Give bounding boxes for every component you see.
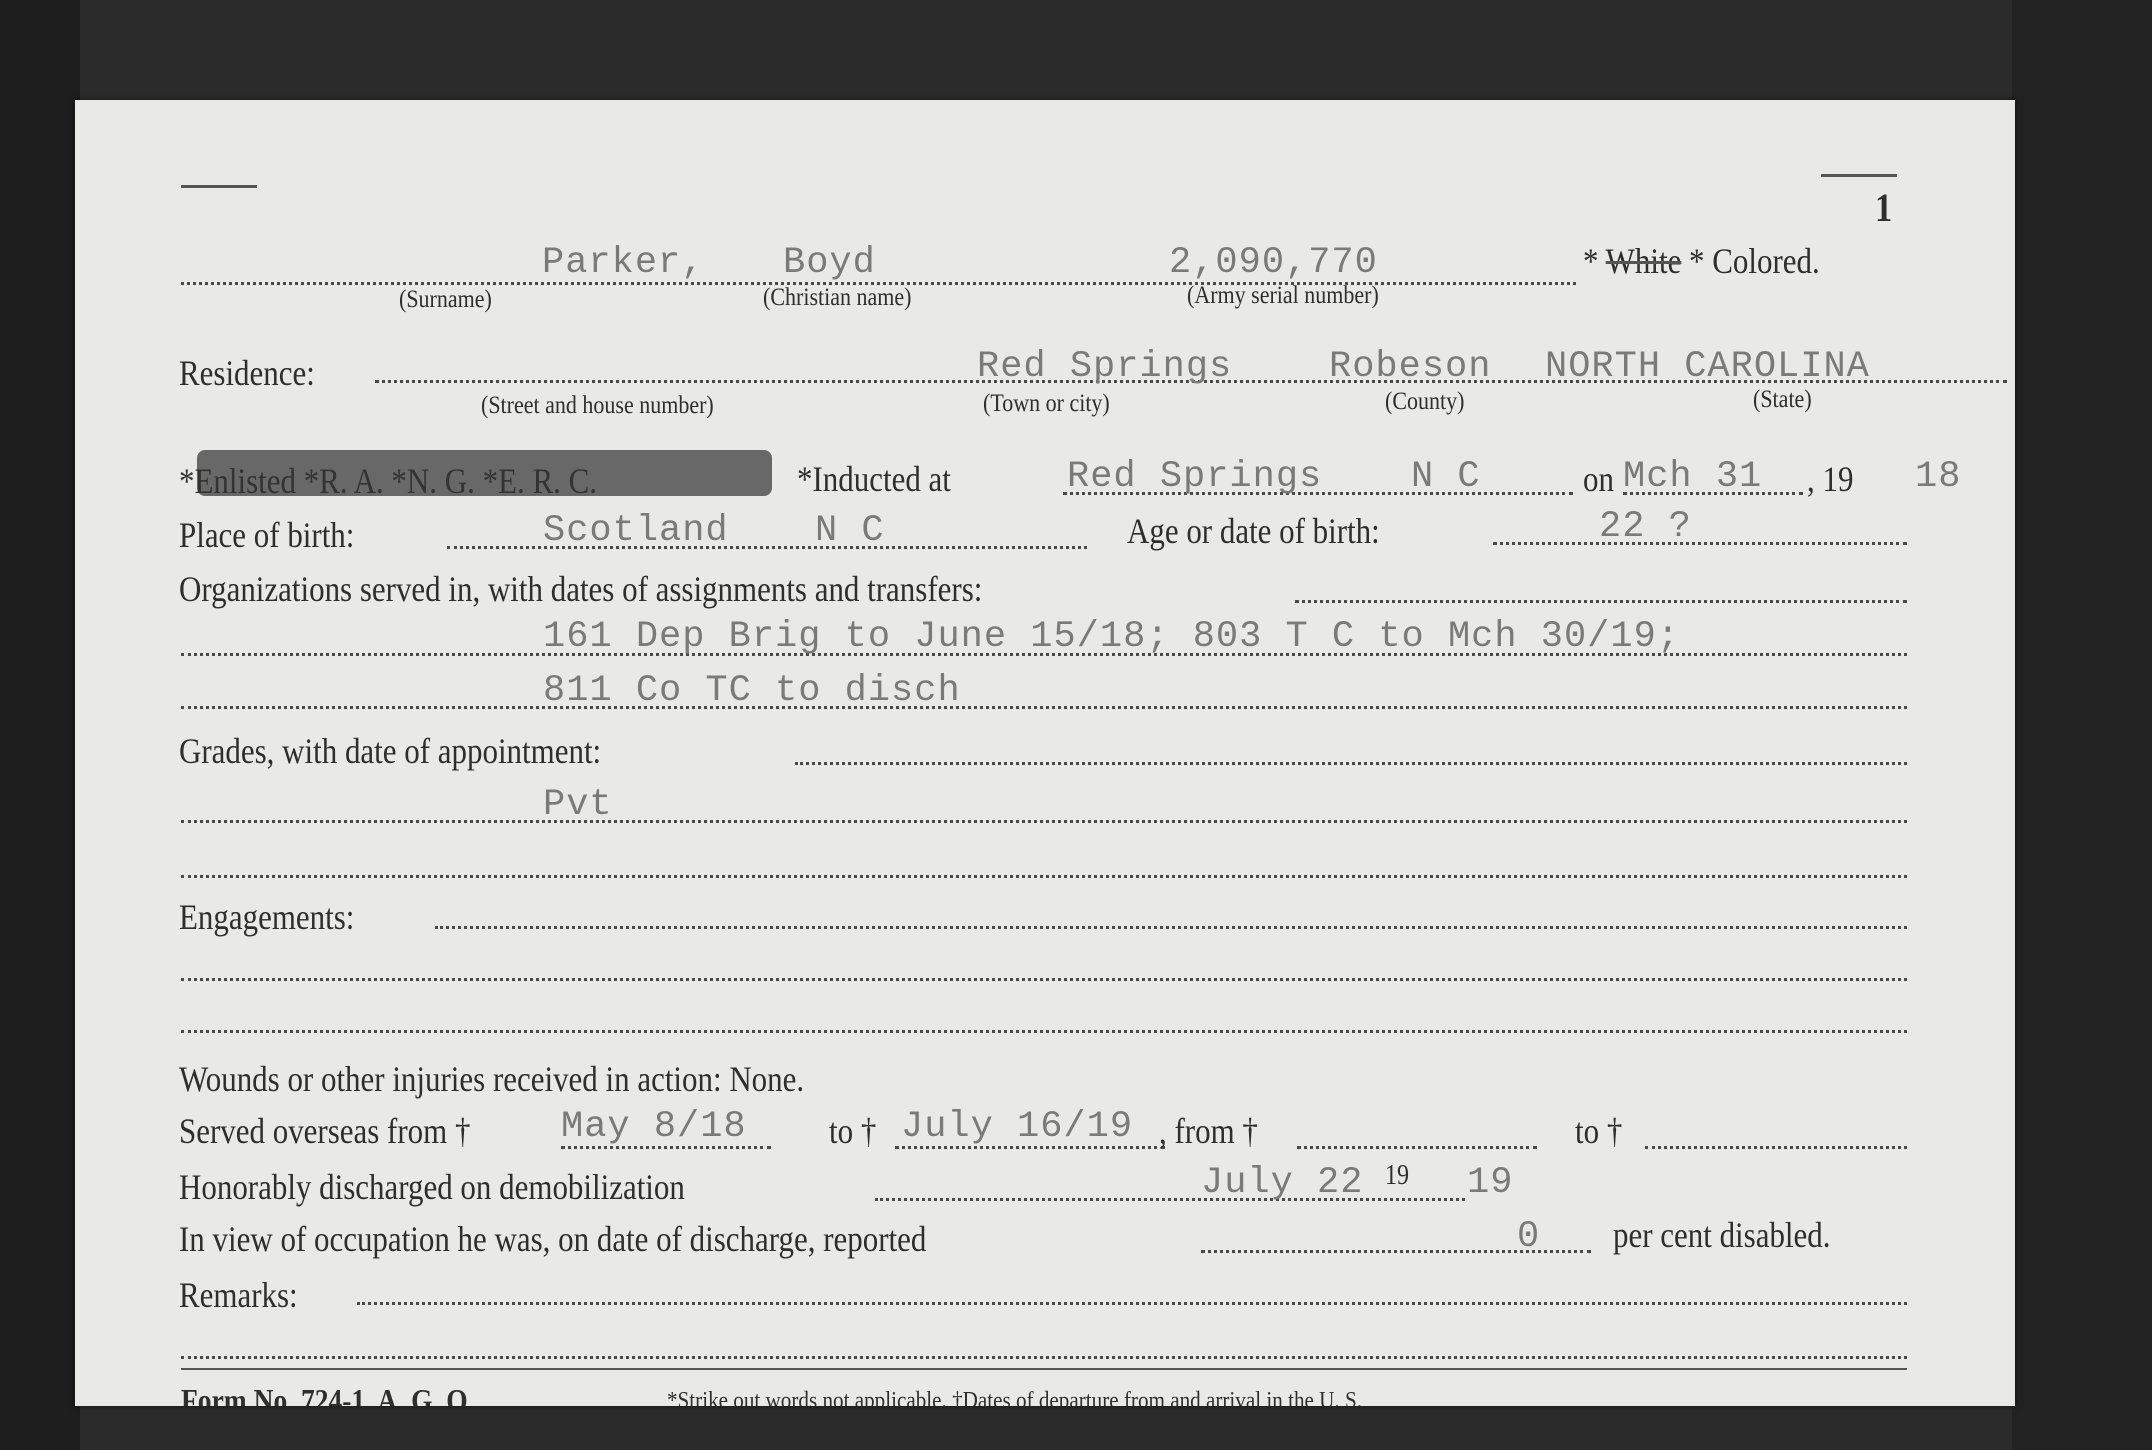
inducted-year-prefix: , 19 [1807,458,1853,500]
race-options: * White * Colored. [1583,240,1820,282]
scan-background-left [0,0,80,1450]
race-colored: Colored. [1712,241,1819,281]
footer-rule [181,1368,1907,1370]
service-record-card: 1 Parker, Boyd 2,090,770 * White * Color… [75,100,2015,1406]
page-number: 1 [1875,184,1892,231]
overseas-from2-label: , from † [1159,1110,1258,1152]
organization-entry: 811 Co TC to disch [543,670,961,712]
disability-value: 0 [1517,1216,1540,1258]
age-line [1493,542,1907,545]
age-value: 22 ? [1599,506,1692,548]
grades-line-2 [181,875,1907,878]
overseas-label: Served overseas from † [179,1110,470,1152]
organizations-line [1295,600,1907,603]
remarks-label: Remarks: [179,1274,298,1316]
inducted-label: *Inducted at [797,458,951,500]
grades-line-1 [181,820,1907,823]
disability-label: In view of occupation he was, on date of… [179,1218,926,1260]
engagements-line-2 [181,1030,1907,1033]
inducted-year-suffix: 18 [1915,456,1961,498]
form-number: Form No. 724-1, A. G. O. [181,1382,475,1406]
scan-background-right [2012,0,2152,1450]
discharge-year-prefix: 19 [1385,1160,1409,1192]
disability-suffix: per cent disabled. [1613,1214,1830,1256]
street-label: (Street and house number) [481,392,714,420]
discharge-line [875,1198,1465,1201]
organizations-label: Organizations served in, with dates of a… [179,568,982,610]
overseas-from2-line [1297,1146,1537,1149]
grades-line [795,762,1907,765]
organizations-line-2 [181,706,1907,709]
overseas-to2-label: to † [1575,1110,1622,1152]
state-label: (State) [1753,386,1812,414]
serial-number-label: (Army serial number) [1187,282,1379,310]
overseas-to: July 16/19 [901,1106,1133,1148]
inducted-date: Mch 31 [1623,456,1762,498]
wounds-label: Wounds or other injuries received in act… [179,1058,804,1100]
discharge-year: 19 [1467,1162,1513,1204]
birthplace-value: Scotland [543,510,729,552]
christian-name-value: Boyd [783,242,876,284]
remarks-line [357,1302,1907,1305]
surname-value: Parker, [542,242,704,284]
discharge-label: Honorably discharged on demobilization [179,1166,685,1208]
engagements-line [435,926,1907,929]
top-right-mark [1821,174,1897,177]
inducted-state: N C [1411,456,1481,498]
engagements-line-1 [181,978,1907,981]
birthplace-state: N C [815,510,885,552]
top-left-mark [181,185,257,188]
residence-county: Robeson [1329,346,1491,388]
residence-state: NORTH CAROLINA [1545,346,1870,388]
overseas-from: May 8/18 [561,1106,747,1148]
christian-name-label: (Christian name) [763,284,911,312]
age-label: Age or date of birth: [1127,510,1380,552]
race-white: White [1606,241,1682,281]
enlisted-options: *Enlisted *R. A. *N. G. *E. R. C. [179,460,597,502]
grades-label: Grades, with date of appointment: [179,730,601,772]
serial-number-value: 2,090,770 [1169,242,1378,284]
surname-label: (Surname) [399,286,492,314]
engagements-label: Engagements: [179,896,354,938]
residence-label: Residence: [179,352,315,394]
residence-town: Red Springs [977,346,1232,388]
town-label: (Town or city) [983,390,1110,418]
organization-entry: 161 Dep Brig to June 15/18; 803 T C to M… [543,616,1680,658]
discharge-date: July 22 [1201,1162,1363,1204]
overseas-to-label: to † [829,1110,876,1152]
footnote: *Strike out words not applicable. †Dates… [667,1388,1362,1406]
overseas-to2-line [1645,1146,1907,1149]
birthplace-label: Place of birth: [179,514,354,556]
inducted-place: Red Springs [1067,456,1322,498]
grade-entry: Pvt [543,784,613,826]
on-label: on [1583,458,1614,500]
county-label: (County) [1385,388,1464,416]
remarks-line-2 [181,1356,1907,1359]
